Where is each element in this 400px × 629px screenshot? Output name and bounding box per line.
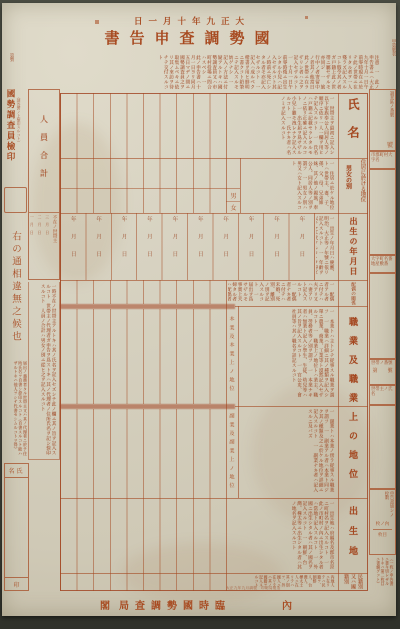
header-cell-occupation: 職業及職業上の地位 [339,306,368,498]
notes-side-occupation: 一 副業トハ本業ノ傍ラ從事スル職業ヲ謂フ 一 副業アル者ハ本業ト同ジク其ノ種類及… [240,407,337,497]
birthdate-cell: 年月日 [111,213,136,280]
column-line [238,306,239,498]
year-month-day-preprint: 年月日 [94,216,102,280]
entry-grid-position [60,158,226,213]
district-number-label: 調査區ノ番號 [370,90,395,124]
form-paper: 日一月十年九正大 書告申査調勢國 第號 甲第號表 注意 一 此ノ申告書ニハ大正九… [2,3,396,616]
signature-seal-label: 印 [5,577,28,590]
notes-birthdate: 一 出生ノ年月日ハ慶應、明治、大正等ノ年號ニ依リ記入スルコト 一 年齢ヲ以テ之ニ… [316,214,337,279]
column-line [314,213,315,280]
corner-mark-right: 甲第號表 [384,39,396,89]
band-label-birthdate: 出生の年月日 [348,217,359,277]
sex-female-guide: 女 [227,201,240,213]
fraction-line [373,529,392,530]
year-month-day-preprint: 年月日 [272,216,280,280]
sheet-count-mid: 枚ノ內 [370,521,395,527]
header-cell-position: 住居に於ける地位 男女の別 [339,159,368,212]
banchi-entry-box [369,273,396,359]
main-occupation-sublabel-cell: 本業及本業上ノ地位 [226,306,238,404]
entry-grid-side-occupation [60,409,226,498]
form-title: 書告申査調勢國 [80,27,304,48]
birthdate-cell: 年月日 [136,213,161,280]
header-cell-birthplace: 出生地 [339,498,368,573]
year-month-day-preprint: 年月日 [170,216,178,280]
entry-grid-name [60,93,226,158]
signature-box: 名氏 印 [4,463,29,591]
city-town-label: 市郡町村大字名 [369,151,396,169]
address-entry-box [369,169,396,255]
footer-nai-char: 內 [282,597,292,612]
examiner-stamp-box [4,187,27,213]
entry-grid-birthplace [60,498,226,573]
year-month-day-preprint: 年月日 [221,216,229,280]
print-fleck [305,16,308,19]
notes-name: 一 世帯主ヲ最初ニ記入シ以下家族奉公人同居人等ノ順序ニ依リ一人一欄ヲ用ヒテ記入ス… [228,94,337,157]
census-form-photo: { "document": { "type": "scanned histori… [0,0,400,629]
total-persons-cell: 人員合計 [29,90,59,212]
household-number-value: 第 號 [370,367,395,374]
aux-notes: 一時不在ノ世帯主アルトキハ其ノ氏名ヲ記入セズシテ此ノ欄ニ其ノ旨ヲ記入スルコト 世… [28,282,60,460]
examiner-seal-note: （調査濟ノ上檢印スルコト） [17,95,22,177]
footer-kaku-char: 閣 [100,597,110,612]
household-number-box: 世帯ノ番號 第 號 [369,359,396,385]
birthdate-cell: 年月日 [187,213,212,280]
year-month-day-preprint: 年月日 [247,216,255,280]
absent-entry-cols: 一月日 二月日 三月日 [29,213,52,279]
sex-male-guide: 男 [227,189,240,201]
notes-birthplace: 一 出生地ハ府縣名及郡市名竝ニ町村名ヲ記入スルコト 一 此ノ市町村ノ內ニ出生シタ… [228,499,337,572]
birthdate-cell: 年月日 [238,213,263,280]
signature-name-label: 名氏 [5,464,28,478]
absent-col: 一月日 [30,215,35,279]
year-month-day-preprint: 年月日 [120,216,128,280]
band-label-occupation: 職業及職業上の地位 [347,317,360,488]
side-occupation-sublabel: 副業及副業上ノ地位 [229,413,236,491]
header-cell-marital: 配偶の關係 [339,280,368,306]
sheet-count-box: 申告書通シノ枚數 枚ノ內 枚目 [369,489,396,555]
household-number-label: 世帯ノ番號 [370,360,395,367]
birthdate-cell: 年月日 [162,213,187,280]
header-cell-registry: 民籍別又ハ國籍別 [339,573,368,591]
banchi-label: 大字町名番地屋敷番 [369,255,396,273]
examiner-seal-label: 國勢調査員檢印 [5,89,17,181]
band-label-registry: 民籍別又ハ國籍別 [343,574,364,591]
footer-bureau-name: 局査調勢國時臨 [114,597,236,612]
header-cell-birthdate: 出生の年月日 [339,213,368,280]
band-label-birthplace: 出生地 [347,506,360,566]
band-label-sex: 男女の別 [341,159,353,212]
sheet-count-label: 申告書通シノ枚數 [370,490,395,518]
birthdate-cell: 年月日 [289,213,314,280]
band-label-name: 氏名 [345,98,362,154]
year-month-day-preprint: 年月日 [145,216,153,280]
year-month-day-preprint: 年月日 [69,216,77,280]
corner-mark-left: 第號 [2,53,14,83]
entry-grid-registry [60,573,226,591]
form-date: 日一月十年九正大 [90,15,294,27]
notes-marital: 一 配偶者アル者ニ付テハ夫アリ又ハ妻アリト記入スルコト 一 配偶者ナキ者ニ付テハ… [228,280,337,305]
head-name-entry-box [369,405,396,489]
printer-imprint: 大正九年九月調製 印刷局製造 [224,584,336,592]
year-month-day-preprint: 年月日 [196,216,204,280]
entry-grid-marital [60,280,226,304]
header-cell-name: 氏名 [339,93,368,158]
notes-position: 一 住居ニ於ケル地位トハ世帯主、妻、子、孫、父、母、兄弟姉妹、其ノ他ノ親族、奉公… [242,159,337,212]
declarant-note: 届出ノ義務者タル世帯主又ハ其ノ代理者ニ於テ住所氏名ヲ自書シ捺印スルコト（自書スル… [4,359,29,459]
general-notes: 注意 一 此ノ申告書ニハ大正九年十月一日午前零時現在ニ於テ此ノ世帯ニ在リタル者ヲ… [60,53,382,93]
birthdate-cell: 年月日 [263,213,288,280]
continuation-note: （一枚ノ申告書ニ書キ切レザルトキハ第二枚目ニ書續グコト） [369,555,396,591]
birthdate-cell: 年月日 [85,213,110,280]
head-of-household-label: 世帯主ノ氏名 [369,385,396,405]
main-occupation-sublabel: 本業及本業上ノ地位 [229,316,236,394]
entry-grid-main-occupation [60,309,226,404]
band-label-position: 住居に於ける地位 [354,159,367,212]
print-fleck [95,20,99,24]
notes-main-occupation: 一 本業トハ主トシテ從事スル職業ヲ謂フ 一 職業ハ詳細ニ其ノ種類ヲ記入シ單ニ農業… [240,307,337,404]
certification-statement: 右の通相違無之候也 [8,231,22,353]
side-occupation-sublabel-cell: 副業及副業上ノ地位 [226,406,238,498]
absent-head-section: 一月日 二月日 三月日 不在ノ世帯主 [29,213,59,279]
absent-col: 三月日 [46,215,51,279]
birthdate-cell: 年月日 [212,213,237,280]
district-number-suffix: 號 [387,140,393,149]
absent-col: 二月日 [38,215,43,279]
district-number-box: 調査區ノ番號 號 [369,89,396,151]
column-line [240,158,241,213]
sheet-count-suffix: 枚目 [370,532,395,538]
band-label-marital: 配偶の關係 [351,282,357,305]
total-persons-label: 人員合計 [39,115,50,187]
year-month-day-preprint: 年月日 [297,216,305,280]
aux-column: 人員合計 一月日 二月日 三月日 不在ノ世帯主 [28,89,60,280]
birthdate-preprint-row: 年月日 年月日 年月日 年月日 年月日 年月日 年月日 年月日 年月日 年月日 [60,213,314,280]
birthdate-cell: 年月日 [60,213,85,280]
absent-head-label: 不在ノ世帯主 [52,213,59,279]
